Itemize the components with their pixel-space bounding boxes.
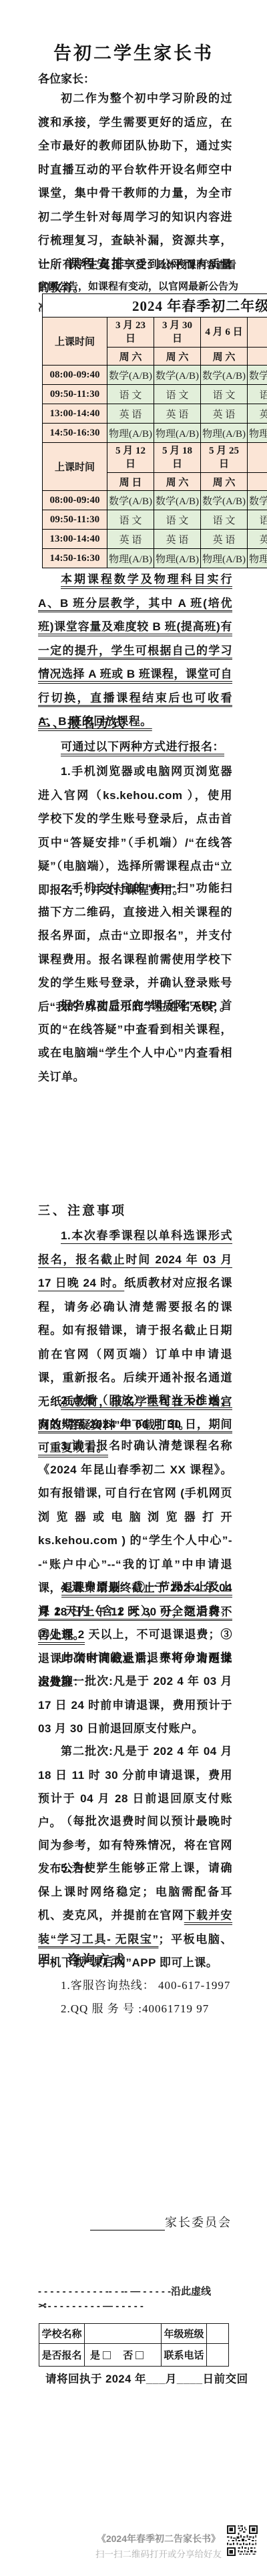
qr-code-image: [227, 2525, 258, 2556]
time-cell: 13:00-14:40: [43, 530, 107, 549]
subject-cell: 英 语: [107, 404, 154, 424]
signoff: 家长委员会: [0, 2213, 232, 2230]
footer-doc-title: 《2024年春季初二告家长书》: [0, 2532, 220, 2545]
subject-cell: 数学(A/B): [201, 366, 248, 385]
subject-cell: 数学(A/B): [201, 491, 248, 510]
phone-label: 联系电话: [162, 2344, 207, 2367]
time-header: 上课时间: [43, 443, 107, 491]
note-3-text: 3.请于报名时确认清楚课程名称《2024 年昆山春季初二 XX 课程》。如有报错…: [38, 1439, 232, 1594]
signoff-blank-line: [90, 2218, 165, 2230]
cut-line-2: ✂- - - - - - - - - — - - - - -: [38, 2300, 238, 2312]
section-3-title: 注意事项: [67, 1204, 126, 1218]
day-cell: 周 六: [201, 473, 248, 491]
date-cell: 5 月 25 日: [201, 443, 248, 473]
schedule-table: 2024 年春季初二年级 上课时间 3 月 23 日 3 月 30 日 4 月 …: [42, 293, 267, 568]
day-cell: 周 日: [107, 473, 154, 491]
section-2-number: 二、: [38, 716, 67, 730]
subject-cell: 数学(A/B): [107, 491, 154, 510]
footer: 《2024年春季初二告家长书》 扫一扫二维码打开或分享给好友: [0, 2525, 267, 2565]
date-cell: 4 月 6 日: [201, 317, 248, 348]
enroll-label: 是否报名: [39, 2344, 85, 2367]
subject-cell: 物理(A/B): [201, 549, 248, 568]
subject-cell: 英 语: [201, 530, 248, 549]
date-cell: 3 月 30 日: [154, 317, 201, 348]
reply-slip-table: 学校名称 年级班级 是否报名 是 否 联系电话: [39, 2323, 229, 2367]
day-cell: 周 六: [154, 348, 201, 366]
hotline: 1.客服咨询热线： 400-617-1997: [38, 1976, 238, 1992]
subject-cell: 语 文: [248, 385, 267, 404]
section-1-title: 课程安排: [67, 257, 126, 271]
ab-class-note-text: 本期课程数学及物理科目实行 A、B 班分层教学，其中 A 班(培优班)课堂容量及…: [38, 573, 232, 728]
phone-field[interactable]: [207, 2344, 229, 2367]
subject-cell: 英 语: [248, 404, 267, 424]
day-cell: 周 六: [154, 473, 201, 491]
day-cell: 周 六: [107, 348, 154, 366]
subject-cell: 英 语: [154, 404, 201, 424]
section-1-number: 一、: [38, 257, 67, 271]
section-3-heading: 三、注意事项: [38, 1200, 238, 1223]
time-cell: 14:50-16:30: [43, 549, 107, 568]
subject-cell: 物理(A/B): [154, 549, 201, 568]
time-cell: 09:50-11:30: [43, 510, 107, 530]
cut-line-1: - - - - - - - - - - - -- - -- — - - - - …: [38, 2284, 238, 2298]
page-title: 告初二学生家长书: [0, 39, 267, 65]
note-4-batch-1: 第一批次:凡是于 202 4 年 03 月 17 日 24 时前申请退课，费用预…: [38, 1670, 232, 1741]
subject-cell: 数学(A/B): [154, 491, 201, 510]
time-cell: 08:00-09:40: [43, 491, 107, 510]
time-cell: 08:00-09:40: [43, 366, 107, 385]
subject-cell: 语 文: [154, 385, 201, 404]
time-cell: 09:50-11:30: [43, 385, 107, 404]
grade-class-label: 年级班级: [162, 2324, 207, 2344]
day-cell: 周 六: [201, 348, 248, 366]
salutation: 各位家长：: [38, 69, 95, 86]
time-header: 上课时间: [43, 317, 107, 366]
subject-cell: 数学(A/B): [248, 491, 267, 510]
signup-intro-text: 可通过以下两种方式进行报名：: [61, 740, 224, 753]
subject-cell: 语 文: [107, 385, 154, 404]
subject-cell: 物理(A/B): [201, 424, 248, 443]
subject-cell: 语 文: [201, 510, 248, 530]
cut-line-2-dashes: - - - - - - - - - — - - - - -: [48, 2301, 144, 2312]
scissors-icon: ✂: [38, 2300, 47, 2312]
subject-cell: 物理(A/B): [248, 424, 267, 443]
date-cell: 3 月 23 日: [107, 317, 154, 348]
subject-cell: 物理(A/B): [154, 424, 201, 443]
subject-cell: 物理(A/B): [107, 549, 154, 568]
date-cell: [248, 443, 267, 473]
signoff-label: 家长委员会: [165, 2216, 232, 2229]
day-cell: [248, 348, 267, 366]
time-cell: 13:00-14:40: [43, 404, 107, 424]
ab-class-note: 本期课程数学及物理科目实行 A、B 班分层教学，其中 A 班(培优班)课堂容量及…: [38, 568, 232, 734]
day-cell: [248, 473, 267, 491]
section-4-number: 四、: [38, 1953, 67, 1966]
section-3-number: 三、: [38, 1204, 67, 1217]
subject-cell: 英 语: [154, 530, 201, 549]
section-2-heading: 二、报名方式: [38, 712, 238, 735]
date-cell: 5 月 12 日: [107, 443, 154, 473]
school-name-field[interactable]: [85, 2324, 162, 2344]
subject-cell: 语 文: [201, 385, 248, 404]
date-cell: [248, 317, 267, 348]
subject-cell: 数学(A/B): [248, 366, 267, 385]
subject-cell: 物理(A/B): [107, 424, 154, 443]
cut-line-1-label: 沿此虚线: [171, 2286, 211, 2297]
no-label: 否: [123, 2350, 133, 2361]
subject-cell: 语 文: [107, 510, 154, 530]
section-4-title: 咨询方式: [67, 1953, 126, 1967]
subject-cell: 英 语: [107, 530, 154, 549]
enroll-options: 是 否: [85, 2344, 162, 2367]
reply-deadline-note: 请将回执于 2024 年___月____日前交回: [45, 2370, 259, 2386]
yes-label: 是: [90, 2350, 100, 2361]
grade-class-field[interactable]: [207, 2324, 229, 2344]
time-cell: 14:50-16:30: [43, 424, 107, 443]
cut-line-1-dashes: - - - - - - - - - - - -- - -- — - - - - …: [38, 2286, 171, 2297]
subject-cell: 语 文: [248, 510, 267, 530]
signup-intro: 可通过以下两种方式进行报名：: [38, 735, 232, 759]
subject-cell: 英 语: [248, 530, 267, 549]
qq-service: 2.QQ 服 务 号 :40061719 97: [38, 1999, 238, 2016]
date-cell: 5 月 18 日: [154, 443, 201, 473]
subject-cell: 数学(A/B): [107, 366, 154, 385]
section-2-title: 报名方式: [67, 716, 126, 730]
schedule-title: 2024 年春季初二年级: [43, 294, 267, 317]
subject-cell: 英 语: [201, 404, 248, 424]
subject-cell: 物理(A/B): [248, 549, 267, 568]
subject-cell: 数学(A/B): [154, 366, 201, 385]
parent-letter-page: 告初二学生家长书 各位家长： 初二作为整个初中学习阶段的过渡和承接，学生需要更好…: [0, 0, 267, 2576]
signup-after-note: 报名成功后可在“课后网”APP 首页的“在线答疑”中查看到相关课程，或在电脑端“…: [38, 994, 232, 1089]
no-checkbox[interactable]: [136, 2351, 144, 2359]
subject-cell: 语 文: [154, 510, 201, 530]
yes-checkbox[interactable]: [103, 2351, 111, 2359]
footer-scan-hint: 扫一扫二维码打开或分享给好友: [0, 2547, 222, 2560]
school-name-label: 学校名称: [39, 2324, 85, 2344]
section-4-heading: 四、咨询方式: [38, 1949, 238, 1972]
